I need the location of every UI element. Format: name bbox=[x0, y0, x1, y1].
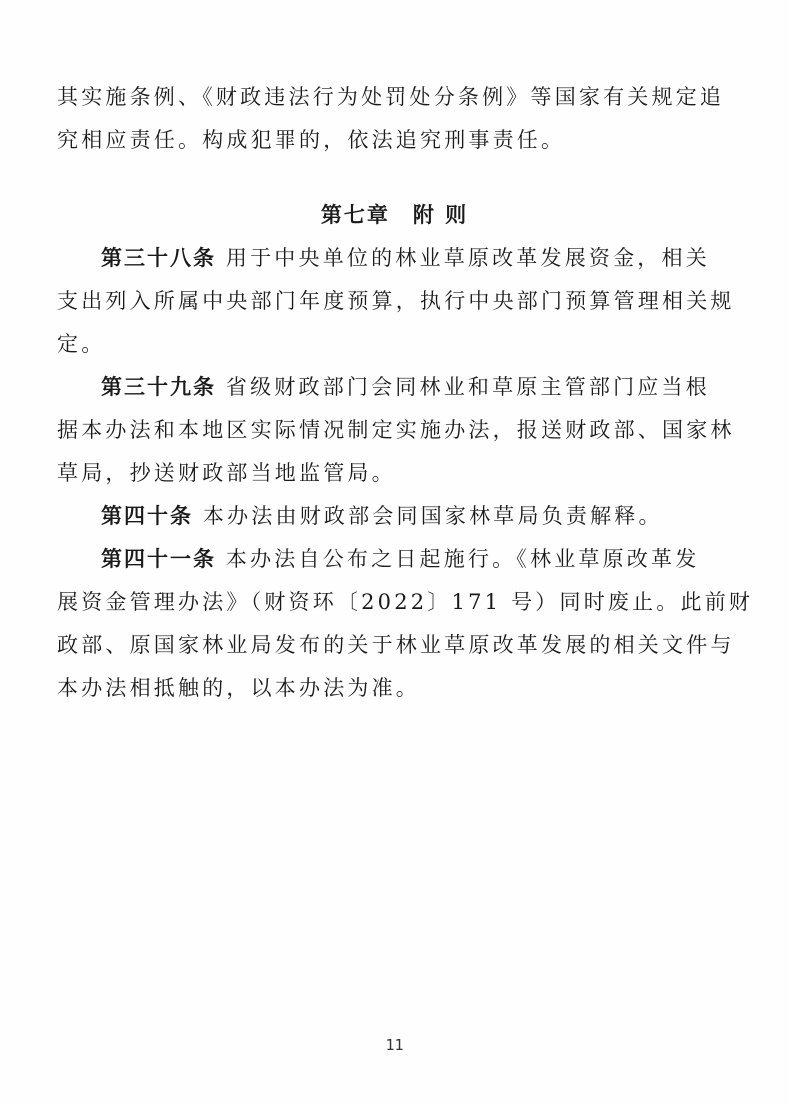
article-41-text: 本办法自公布之日起施行。《林业草原改革发 bbox=[226, 547, 700, 571]
article-40-first-line: 第四十条 本办法由财政部会同国家林草局负责解释。 bbox=[101, 501, 721, 531]
article-41-line-3: 政部、原国家林业局发布的关于林业草原改革发展的相关文件与 bbox=[57, 630, 677, 660]
article-38-label: 第三十八条 bbox=[101, 246, 216, 270]
paragraph-continuation-line-1: 其实施条例、《财政违法行为处罚处分条例》等国家有关规定追 bbox=[57, 82, 677, 112]
article-38-first-line: 第三十八条 用于中央单位的林业草原改革发展资金，相关 bbox=[101, 243, 721, 273]
paragraph-continuation-line-2: 究相应责任。构成犯罪的，依法追究刑事责任。 bbox=[57, 125, 677, 155]
article-41-label: 第四十一条 bbox=[101, 547, 216, 571]
article-40-label: 第四十条 bbox=[101, 504, 193, 528]
document-page: 其实施条例、《财政违法行为处罚处分条例》等国家有关规定追 究相应责任。构成犯罪的… bbox=[0, 0, 789, 1104]
page-number: 11 bbox=[0, 1036, 789, 1054]
article-38-line-3: 定。 bbox=[57, 329, 677, 359]
article-39-line-2: 据本办法和本地区实际情况制定实施办法，报送财政部、国家林 bbox=[57, 415, 677, 445]
article-39-text: 省级财政部门会同林业和草原主管部门应当根 bbox=[226, 375, 710, 399]
article-39-label: 第三十九条 bbox=[101, 375, 216, 399]
article-38-text: 用于中央单位的林业草原改革发展资金，相关 bbox=[226, 246, 710, 270]
article-41-line-2: 展资金管理办法》（财资环〔2022〕171 号）同时废止。此前财 bbox=[57, 587, 677, 617]
article-40-text: 本办法由财政部会同国家林草局负责解释。 bbox=[203, 504, 663, 528]
article-39-line-3: 草局，抄送财政部当地监管局。 bbox=[57, 458, 677, 488]
article-41-line-4: 本办法相抵触的，以本办法为准。 bbox=[57, 673, 677, 703]
chapter-title: 第七章 附 则 bbox=[0, 200, 789, 230]
article-39-first-line: 第三十九条 省级财政部门会同林业和草原主管部门应当根 bbox=[101, 372, 721, 402]
article-41-first-line: 第四十一条 本办法自公布之日起施行。《林业草原改革发 bbox=[101, 544, 721, 574]
article-38-line-2: 支出列入所属中央部门年度预算，执行中央部门预算管理相关规 bbox=[57, 286, 677, 316]
